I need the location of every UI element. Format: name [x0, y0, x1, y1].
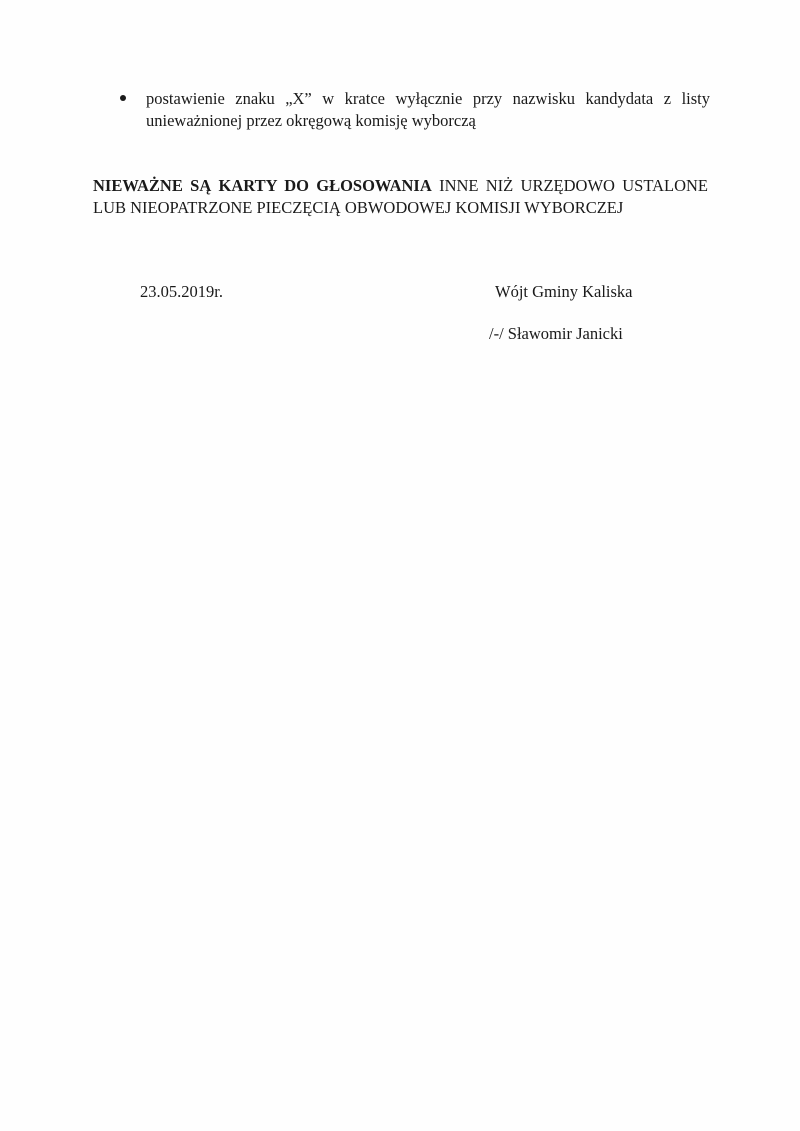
list-item: postawienie znaku „X” w kratce wyłącznie…	[120, 88, 710, 132]
list-item-text: postawienie znaku „X” w kratce wyłącznie…	[146, 88, 710, 132]
list-item-line-2: unieważnionej przez okręgową komisję wyb…	[146, 110, 710, 132]
list-item-line-1: postawienie znaku „X” w kratce wyłącznie…	[146, 88, 710, 110]
notice-regular-text: INNE NIŻ URZĘDOWO USTALONE	[432, 176, 708, 195]
signer-title: Wójt Gminy Kaliska	[495, 282, 632, 302]
bullet-dot-icon	[120, 95, 126, 101]
invalid-ballots-notice: NIEWAŻNE SĄ KARTY DO GŁOSOWANIA INNE NIŻ…	[93, 175, 708, 219]
document-date: 23.05.2019r.	[140, 282, 223, 302]
notice-line-2: LUB NIEOPATRZONE PIECZĘCIĄ OBWODOWEJ KOM…	[93, 197, 708, 219]
document-page: postawienie znaku „X” w kratce wyłącznie…	[0, 0, 800, 1131]
notice-line-1: NIEWAŻNE SĄ KARTY DO GŁOSOWANIA INNE NIŻ…	[93, 175, 708, 197]
signer-name: /-/ Sławomir Janicki	[489, 324, 623, 344]
notice-bold-text: NIEWAŻNE SĄ KARTY DO GŁOSOWANIA	[93, 176, 432, 195]
